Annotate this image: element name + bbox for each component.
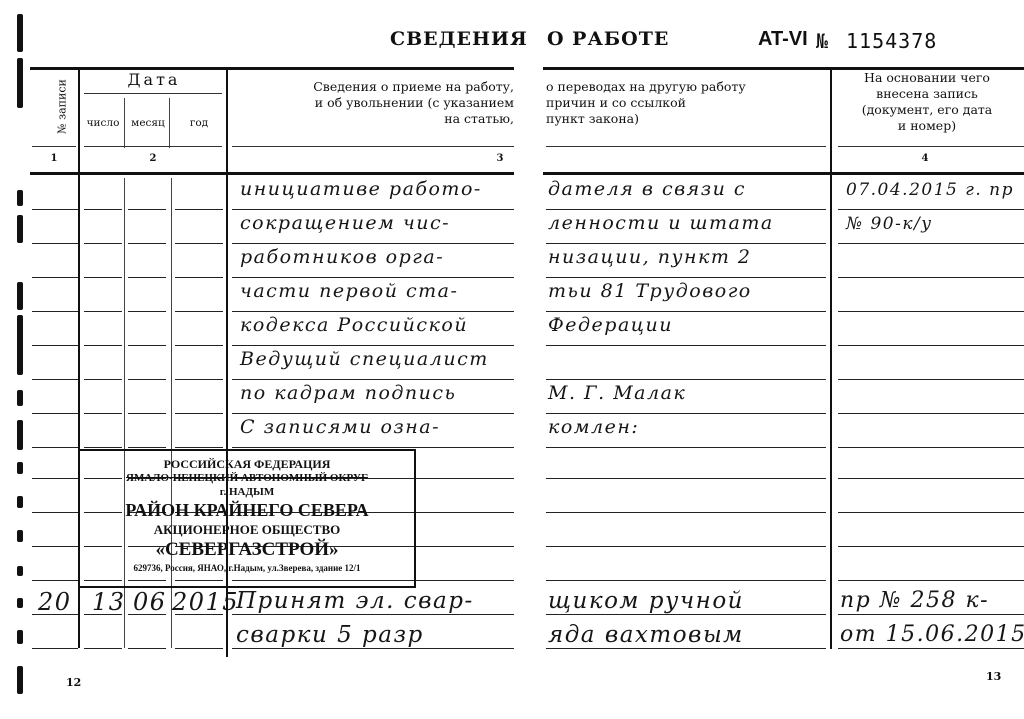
entry-text: сварки 5 разр [236,622,424,648]
row-rule [232,648,514,649]
header-line: (документ, его дата [834,102,1020,118]
row-rule [546,478,826,479]
handwritten-line: части первой ста- [240,280,458,302]
row-rule [84,243,122,244]
binding-mark [17,58,23,108]
entry-text: яда вахтовым [548,622,744,648]
binding-mark [17,14,23,52]
entry-text: щиком ручной [548,588,744,614]
row-rule [32,648,78,649]
handwritten-line: инициативе работо- [240,178,482,200]
row-rule [838,209,1024,210]
row-rule [232,277,514,278]
col-number: 3 [480,153,520,164]
date-underline [84,93,222,94]
row-rule [32,546,78,547]
row-rule [546,345,826,346]
row-rule [84,277,122,278]
page-title-2: О РАБОТЕ [547,28,669,50]
row-rule [232,379,514,380]
col-header-info-right: о переводах на другую работу причин и со… [546,79,826,127]
header-bottom-rule [30,172,514,175]
row-rule [838,311,1024,312]
header-line: о переводах на другую работу [546,79,826,95]
entry-year: 2015 [172,588,239,616]
row-rule [32,512,78,513]
row-rule [175,648,223,649]
row-rule [232,614,514,615]
row-rule [838,413,1024,414]
row-rule [546,614,826,615]
header-line: на статью, [232,111,514,127]
header-line: внесена запись [834,86,1020,102]
row-rule [175,345,223,346]
row-rule [175,311,223,312]
header-line: причин и со ссылкой [546,95,826,111]
binding-mark [17,598,23,608]
header-rule [232,146,514,147]
row-rule [175,209,223,210]
basis-text: № 90-к/у [846,214,933,234]
handwritten-line: по кадрам подпись [240,382,456,404]
row-rule [32,209,78,210]
row-rule [838,379,1024,380]
col-header-month: месяц [126,115,170,131]
row-rule [175,447,223,448]
header-line: и номер) [834,118,1020,134]
row-rule [838,243,1024,244]
row-rule [128,447,166,448]
stamp-line: «СЕВЕРГАЗСТРОЙ» [80,540,414,559]
stamp-line: АКЦИОНЕРНОЕ ОБЩЕСТВО [80,523,414,536]
entry-text: Принят эл. свар- [236,588,474,614]
row-rule [128,209,166,210]
row-rule [546,648,826,649]
row-rule [232,209,514,210]
row-rule [546,243,826,244]
entry-record-no: 20 [38,588,72,616]
handwritten-line: Ведущий специалист [240,348,489,370]
row-rule [175,379,223,380]
row-rule [175,413,223,414]
row-rule [232,345,514,346]
row-rule [84,209,122,210]
row-rule [838,648,1024,649]
row-rule [546,277,826,278]
row-rule [84,311,122,312]
entry-day: 13 [92,588,126,616]
row-rule [838,614,1024,615]
basis-text: 07.04.2015 г. пр [846,180,1014,200]
binding-mark [17,390,23,406]
number-sign: № [816,29,829,53]
handwritten-line: ленности и штата [548,212,774,234]
row-rule [232,413,514,414]
stamp-line: ЯМАЛО-НЕНЕЦКИЙ АВТОНОМНЫЙ ОКРУГ [80,473,414,484]
row-rule [546,512,826,513]
header-bottom-rule [543,172,1024,175]
row-rule [128,243,166,244]
binding-mark [17,420,23,450]
col-number: 1 [32,153,76,164]
col-header-day: число [82,115,124,131]
row-rule [32,311,78,312]
binding-mark [17,215,23,243]
handwritten-line: сокращением чис- [240,212,450,234]
page-title: СВЕДЕНИЯ [390,28,528,50]
entry-basis: пр № 258 к- [840,588,989,613]
row-rule [128,311,166,312]
date-subdivider [124,98,125,148]
binding-mark [17,282,23,310]
row-rule [546,311,826,312]
row-rule [546,447,826,448]
row-rule [128,277,166,278]
header-line: Сведения о приеме на работу, [232,79,514,95]
binding-mark [17,530,23,542]
row-rule [84,379,122,380]
entry-basis: от 15.06.2015 [840,622,1024,647]
page-number-right: 13 [986,670,1001,683]
row-rule [838,512,1024,513]
entry-month: 06 [133,588,167,616]
row-rule [175,243,223,244]
row-rule [546,413,826,414]
row-rule [84,413,122,414]
binding-mark [17,496,23,508]
row-rule [546,546,826,547]
row-rule [32,478,78,479]
row-rule [128,413,166,414]
binding-mark [17,315,23,375]
stamp-line: 629736, Россия, ЯНАО, г.Надым, ул.Зверев… [80,564,414,573]
row-rule [32,580,78,581]
handwritten-line: дателя в связи с [548,178,746,200]
row-rule [128,648,166,649]
row-rule [838,580,1024,581]
stamp-line: г. НАДЫМ [80,487,414,498]
row-rule [84,447,122,448]
table-top-rule [30,67,514,70]
header-line: На основании чего [834,70,1020,86]
handwritten-line: низации, пункт 2 [548,246,752,268]
handwritten-line: М. Г. Малак [548,382,686,404]
row-rule [838,277,1024,278]
col-number: 2 [80,153,226,164]
binding-mark [17,462,23,474]
row-rule [546,379,826,380]
col-header-date: Дата [84,72,224,88]
binding-mark [17,190,23,206]
row-rule [175,277,223,278]
col-divider [78,586,80,648]
row-rule [32,413,78,414]
row-rule [84,345,122,346]
series-code: AT-VI [758,28,808,51]
binding-mark [17,566,23,576]
header-rule [838,146,1024,147]
col-header-basis: На основании чего внесена запись (докуме… [834,70,1020,134]
col-header-info-left: Сведения о приеме на работу, и об увольн… [232,79,514,127]
col-number: 4 [830,153,1020,164]
page-number-left: 12 [66,676,81,689]
row-rule [838,478,1024,479]
handwritten-line: тьи 81 Трудового [548,280,752,302]
row-rule [838,345,1024,346]
handwritten-line: С записями озна- [240,416,440,438]
stamp-line: РОССИЙСКАЯ ФЕДЕРАЦИЯ [80,458,414,470]
row-rule [232,311,514,312]
row-rule [32,277,78,278]
header-line: пункт закона) [546,111,826,127]
row-rule [838,546,1024,547]
stamp-line: РАЙОН КРАЙНЕГО СЕВЕРА [80,501,414,519]
col-header-record-no: № записи [56,67,69,147]
row-rule [84,648,122,649]
header-rule [84,146,222,147]
row-rule [546,209,826,210]
header-rule [546,146,826,147]
row-rule [838,447,1024,448]
binding-mark [17,630,23,644]
row-rule [32,243,78,244]
row-rule [128,379,166,380]
header-line: и об увольнении (с указанием [232,95,514,111]
col-header-year: год [172,115,226,131]
row-rule [32,447,78,448]
handwritten-line: комлен: [548,416,639,438]
row-rule [128,345,166,346]
header-rule [32,146,76,147]
row-rule [546,580,826,581]
handwritten-line: Федерации [548,314,673,336]
handwritten-line: кодекса Российской [240,314,468,336]
document-number: 1154378 [846,29,937,53]
row-rule [232,243,514,244]
company-stamp: РОССИЙСКАЯ ФЕДЕРАЦИЯ ЯМАЛО-НЕНЕЦКИЙ АВТО… [78,449,416,588]
row-rule [32,345,78,346]
row-rule [232,447,514,448]
row-rule [32,379,78,380]
handwritten-line: работников орга- [240,246,444,268]
binding-mark [17,666,23,694]
